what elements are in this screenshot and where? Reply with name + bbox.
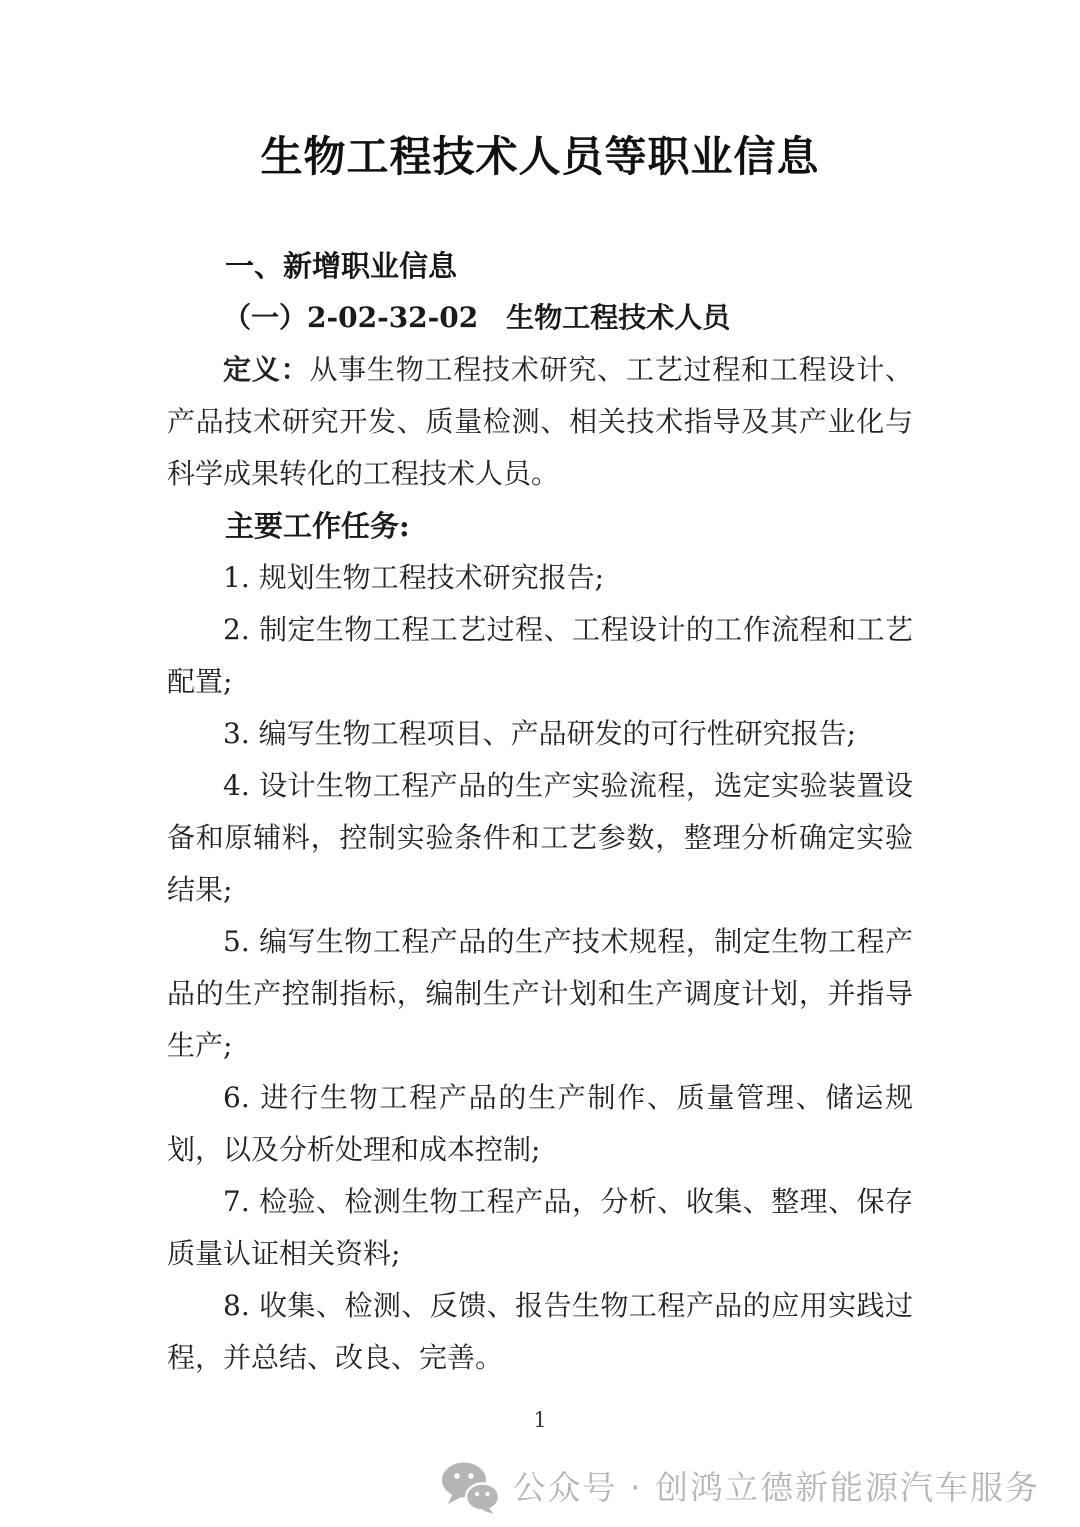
task-item-4: 4. 设计生物工程产品的生产实验流程，选定实验装置设备和原辅料，控制实验条件和工… xyxy=(167,760,913,916)
footer-watermark: 公众号 · 创鸿立德新能源汽车服务 xyxy=(441,1462,1040,1514)
document-title: 生物工程技术人员等职业信息 xyxy=(167,128,913,186)
task-item-2: 2. 制定生物工程工艺过程、工程设计的工作流程和工艺配置; xyxy=(167,604,913,708)
task-item-1: 1. 规划生物工程技术研究报告; xyxy=(167,552,913,604)
document-page: 生物工程技术人员等职业信息 一、新增职业信息 （一）2-02-32-02 生物工… xyxy=(0,0,1080,1527)
wechat-icon xyxy=(441,1462,499,1514)
page-number: 1 xyxy=(0,1408,1080,1432)
task-item-8: 8. 收集、检测、反馈、报告生物工程产品的应用实践过程，并总结、改良、完善。 xyxy=(167,1280,913,1384)
occupation-code-line: （一）2-02-32-02 生物工程技术人员 xyxy=(167,292,913,344)
definition-paragraph: 定义：从事生物工程技术研究、工艺过程和工程设计、产品技术研究开发、质量检测、相关… xyxy=(167,344,913,500)
section-heading: 一、新增职业信息 xyxy=(167,240,913,292)
watermark-text: 公众号 · 创鸿立德新能源汽车服务 xyxy=(513,1463,1040,1513)
task-item-3: 3. 编写生物工程项目、产品研发的可行性研究报告; xyxy=(167,708,913,760)
task-item-6: 6. 进行生物工程产品的生产制作、质量管理、储运规划，以及分析处理和成本控制; xyxy=(167,1072,913,1176)
task-item-5: 5. 编写生物工程产品的生产技术规程，制定生物工程产品的生产控制指标，编制生产计… xyxy=(167,916,913,1072)
document-content: 生物工程技术人员等职业信息 一、新增职业信息 （一）2-02-32-02 生物工… xyxy=(167,128,913,1384)
definition-label: 定义： xyxy=(223,353,309,386)
tasks-heading: 主要工作任务: xyxy=(167,500,913,552)
task-item-7: 7. 检验、检测生物工程产品，分析、收集、整理、保存质量认证相关资料; xyxy=(167,1176,913,1280)
